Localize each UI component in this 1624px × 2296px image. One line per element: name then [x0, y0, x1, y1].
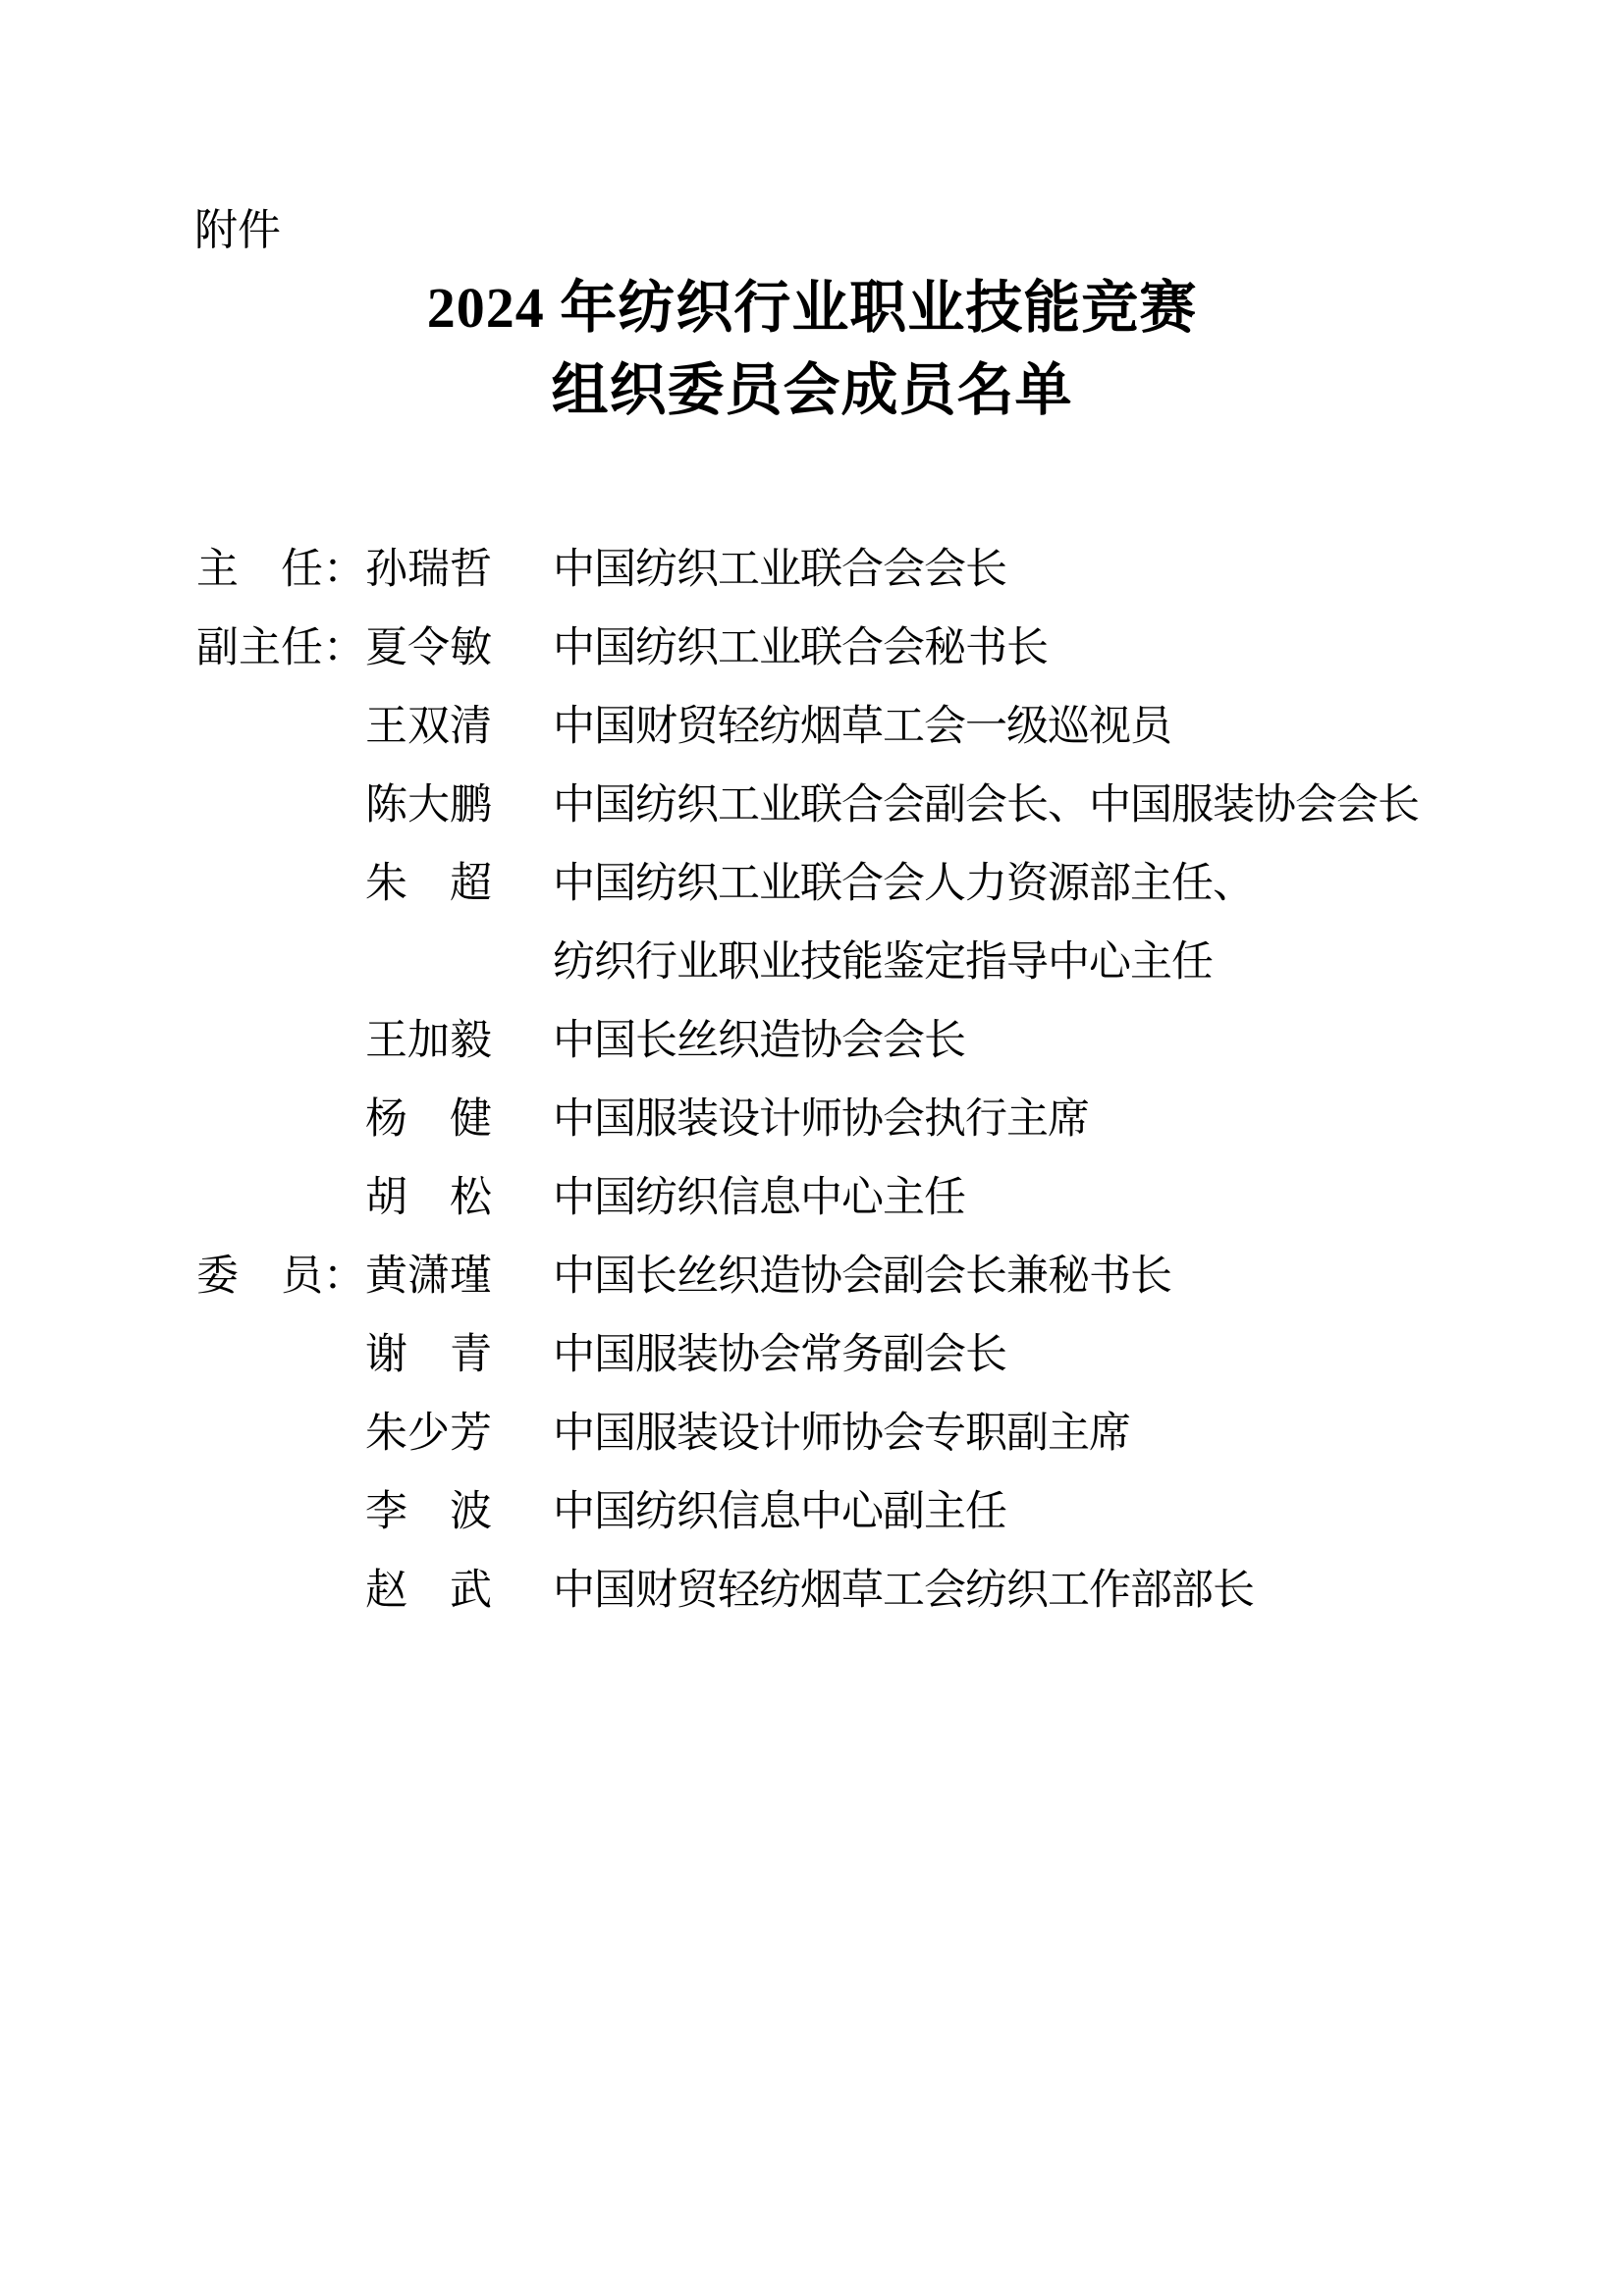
member-role: 副主任： [196, 614, 365, 674]
attachment-label: 附件 [194, 206, 281, 255]
member-position: 中国服装设计师协会专职副主席 [553, 1400, 1526, 1460]
member-position: 中国纺织工业联合会秘书长 [553, 614, 1526, 674]
member-role: 主 任： [196, 536, 365, 596]
member-row: 副主任： 夏令敏 中国纺织工业联合会秘书长 [196, 605, 1526, 683]
member-row-continuation: 纺织行业职业技能鉴定指导中心主任 [196, 919, 1526, 997]
member-list: 主 任： 孙瑞哲 中国纺织工业联合会会长 副主任： 夏令敏 中国纺织工业联合会秘… [196, 526, 1526, 1626]
member-row: 陈大鹏 中国纺织工业联合会副会长、中国服装协会会长 [196, 762, 1526, 840]
member-name: 朱 超 [365, 850, 495, 910]
member-name: 赵 武 [365, 1557, 495, 1617]
document-title-line1: 2024 年纺织行业职业技能竞赛 [0, 267, 1624, 349]
member-row: 赵 武 中国财贸轻纺烟草工会纺织工作部部长 [196, 1547, 1526, 1626]
member-name: 朱少芳 [365, 1400, 495, 1460]
member-name: 王加毅 [365, 1007, 495, 1067]
member-row: 王双清 中国财贸轻纺烟草工会一级巡视员 [196, 683, 1526, 762]
member-name: 孙瑞哲 [365, 536, 495, 596]
member-name: 杨 健 [365, 1086, 495, 1146]
member-row: 谢 青 中国服装协会常务副会长 [196, 1311, 1526, 1390]
member-name: 夏令敏 [365, 614, 495, 674]
member-position: 中国长丝织造协会会长 [553, 1007, 1526, 1067]
member-name: 胡 松 [365, 1164, 495, 1224]
member-name: 黄潇瑾 [365, 1243, 495, 1303]
member-position: 中国纺织信息中心副主任 [553, 1478, 1526, 1538]
member-row: 杨 健 中国服装设计师协会执行主席 [196, 1076, 1526, 1154]
member-position: 中国财贸轻纺烟草工会纺织工作部部长 [553, 1557, 1526, 1617]
member-position: 中国纺织信息中心主任 [553, 1164, 1526, 1224]
member-position: 中国财贸轻纺烟草工会一级巡视员 [553, 693, 1526, 753]
member-row: 王加毅 中国长丝织造协会会长 [196, 997, 1526, 1076]
member-row: 主 任： 孙瑞哲 中国纺织工业联合会会长 [196, 526, 1526, 605]
document-title: 2024 年纺织行业职业技能竞赛 组织委员会成员名单 [0, 267, 1624, 432]
member-name: 谢 青 [365, 1321, 495, 1381]
document-title-line2: 组织委员会成员名单 [0, 349, 1624, 432]
member-row: 胡 松 中国纺织信息中心主任 [196, 1154, 1526, 1233]
member-name: 王双清 [365, 693, 495, 753]
member-position: 中国长丝织造协会副会长兼秘书长 [553, 1243, 1526, 1303]
member-name: 陈大鹏 [365, 772, 495, 831]
member-position: 纺织行业职业技能鉴定指导中心主任 [553, 929, 1526, 988]
member-row: 李 波 中国纺织信息中心副主任 [196, 1468, 1526, 1547]
document-page: 附件 2024 年纺织行业职业技能竞赛 组织委员会成员名单 主 任： 孙瑞哲 中… [0, 0, 1624, 2296]
member-position: 中国服装设计师协会执行主席 [553, 1086, 1526, 1146]
member-position: 中国纺织工业联合会人力资源部主任、 [553, 850, 1526, 910]
member-position: 中国纺织工业联合会副会长、中国服装协会会长 [553, 772, 1526, 831]
member-name: 李 波 [365, 1478, 495, 1538]
member-role: 委 员： [196, 1243, 365, 1303]
member-row: 委 员： 黄潇瑾 中国长丝织造协会副会长兼秘书长 [196, 1233, 1526, 1311]
member-position: 中国纺织工业联合会会长 [553, 536, 1526, 596]
member-row: 朱 超 中国纺织工业联合会人力资源部主任、 [196, 840, 1526, 919]
member-position: 中国服装协会常务副会长 [553, 1321, 1526, 1381]
member-row: 朱少芳 中国服装设计师协会专职副主席 [196, 1390, 1526, 1468]
